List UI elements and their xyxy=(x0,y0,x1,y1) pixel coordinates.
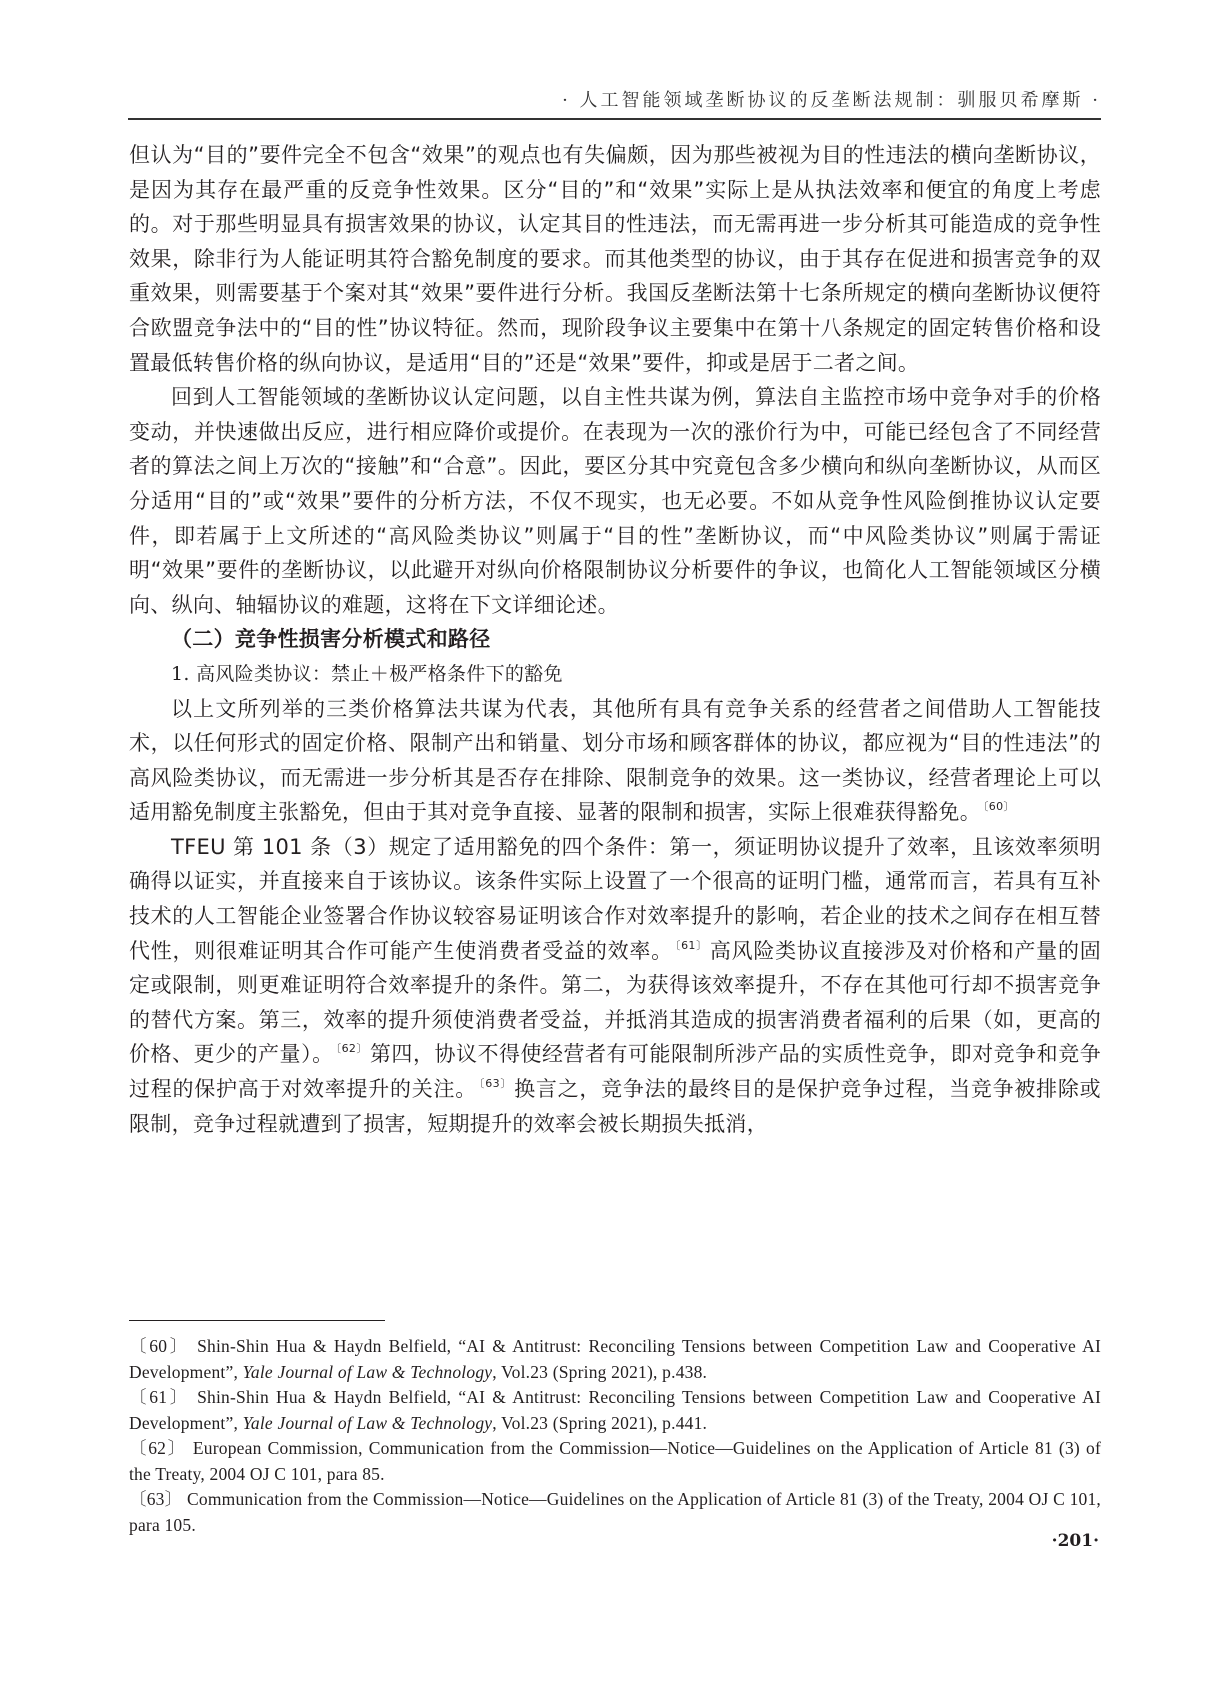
paragraph-continued: 但认为“目的”要件完全不包含“效果”的观点也有失偏颇，因为那些被视为目的性违法的… xyxy=(129,138,1101,380)
sub-heading: 1. 高风险类协议：禁止＋极严格条件下的豁免 xyxy=(129,657,1101,692)
footnote-number: 〔60〕 xyxy=(129,1336,190,1356)
paragraph: 以上文所列举的三类价格算法共谋为代表，其他所有具有竞争关系的经营者之间借助人工智… xyxy=(129,692,1101,830)
running-head: · 人工智能领域垄断协议的反垄断法规制：驯服贝希摩斯 · xyxy=(128,86,1101,112)
header-rule xyxy=(128,118,1101,120)
paragraph: 回到人工智能领域的垄断协议认定问题，以自主性共谋为例，算法自主监控市场中竞争对手… xyxy=(129,380,1101,622)
footnote-61: 〔61〕 Shin-Shin Hua & Haydn Belfield, “AI… xyxy=(129,1385,1101,1436)
journal-title: Yale Journal of Law & Technology xyxy=(243,1413,493,1433)
paragraph: TFEU 第 101 条（3）规定了适用豁免的四个条件：第一，须证明协议提升了效… xyxy=(129,830,1101,1141)
footnotes: 〔60〕 Shin-Shin Hua & Haydn Belfield, “AI… xyxy=(129,1334,1101,1538)
footnote-63: 〔63〕 Communication from the Commission—N… xyxy=(129,1487,1101,1538)
footnote-ref-63[interactable]: 〔63〕 xyxy=(479,1077,512,1090)
footnote-ref-60[interactable]: 〔60〕 xyxy=(983,800,1015,813)
footnote-text: , Vol.23 (Spring 2021), p.441. xyxy=(492,1413,707,1433)
footnote-60: 〔60〕 Shin-Shin Hua & Haydn Belfield, “AI… xyxy=(129,1334,1101,1385)
page-number: ·201· xyxy=(1052,1531,1099,1551)
main-body: 但认为“目的”要件完全不包含“效果”的观点也有失偏颇，因为那些被视为目的性违法的… xyxy=(129,138,1101,1141)
footnote-62: 〔62〕 European Commission, Communication … xyxy=(129,1436,1101,1487)
footnote-ref-61[interactable]: 〔61〕 xyxy=(675,939,708,952)
footnote-number: 〔63〕 xyxy=(129,1489,182,1509)
paragraph-text: 以上文所列举的三类价格算法共谋为代表，其他所有具有竞争关系的经营者之间借助人工智… xyxy=(129,697,1101,825)
footnote-text: European Commission, Communication from … xyxy=(129,1438,1101,1484)
footnote-text: Communication from the Commission—Notice… xyxy=(129,1489,1101,1535)
section-heading: （二）竞争性损害分析模式和路径 xyxy=(129,622,1101,657)
journal-title: Yale Journal of Law & Technology xyxy=(243,1362,493,1382)
paper-page: · 人工智能领域垄断协议的反垄断法规制：驯服贝希摩斯 · 但认为“目的”要件完全… xyxy=(0,0,1217,1689)
footnote-number: 〔61〕 xyxy=(129,1387,190,1407)
footnote-number: 〔62〕 xyxy=(129,1438,187,1458)
footnote-rule xyxy=(129,1320,385,1321)
footnote-text: , Vol.23 (Spring 2021), p.438. xyxy=(492,1362,707,1382)
footnote-ref-62[interactable]: 〔62〕 xyxy=(336,1042,368,1055)
